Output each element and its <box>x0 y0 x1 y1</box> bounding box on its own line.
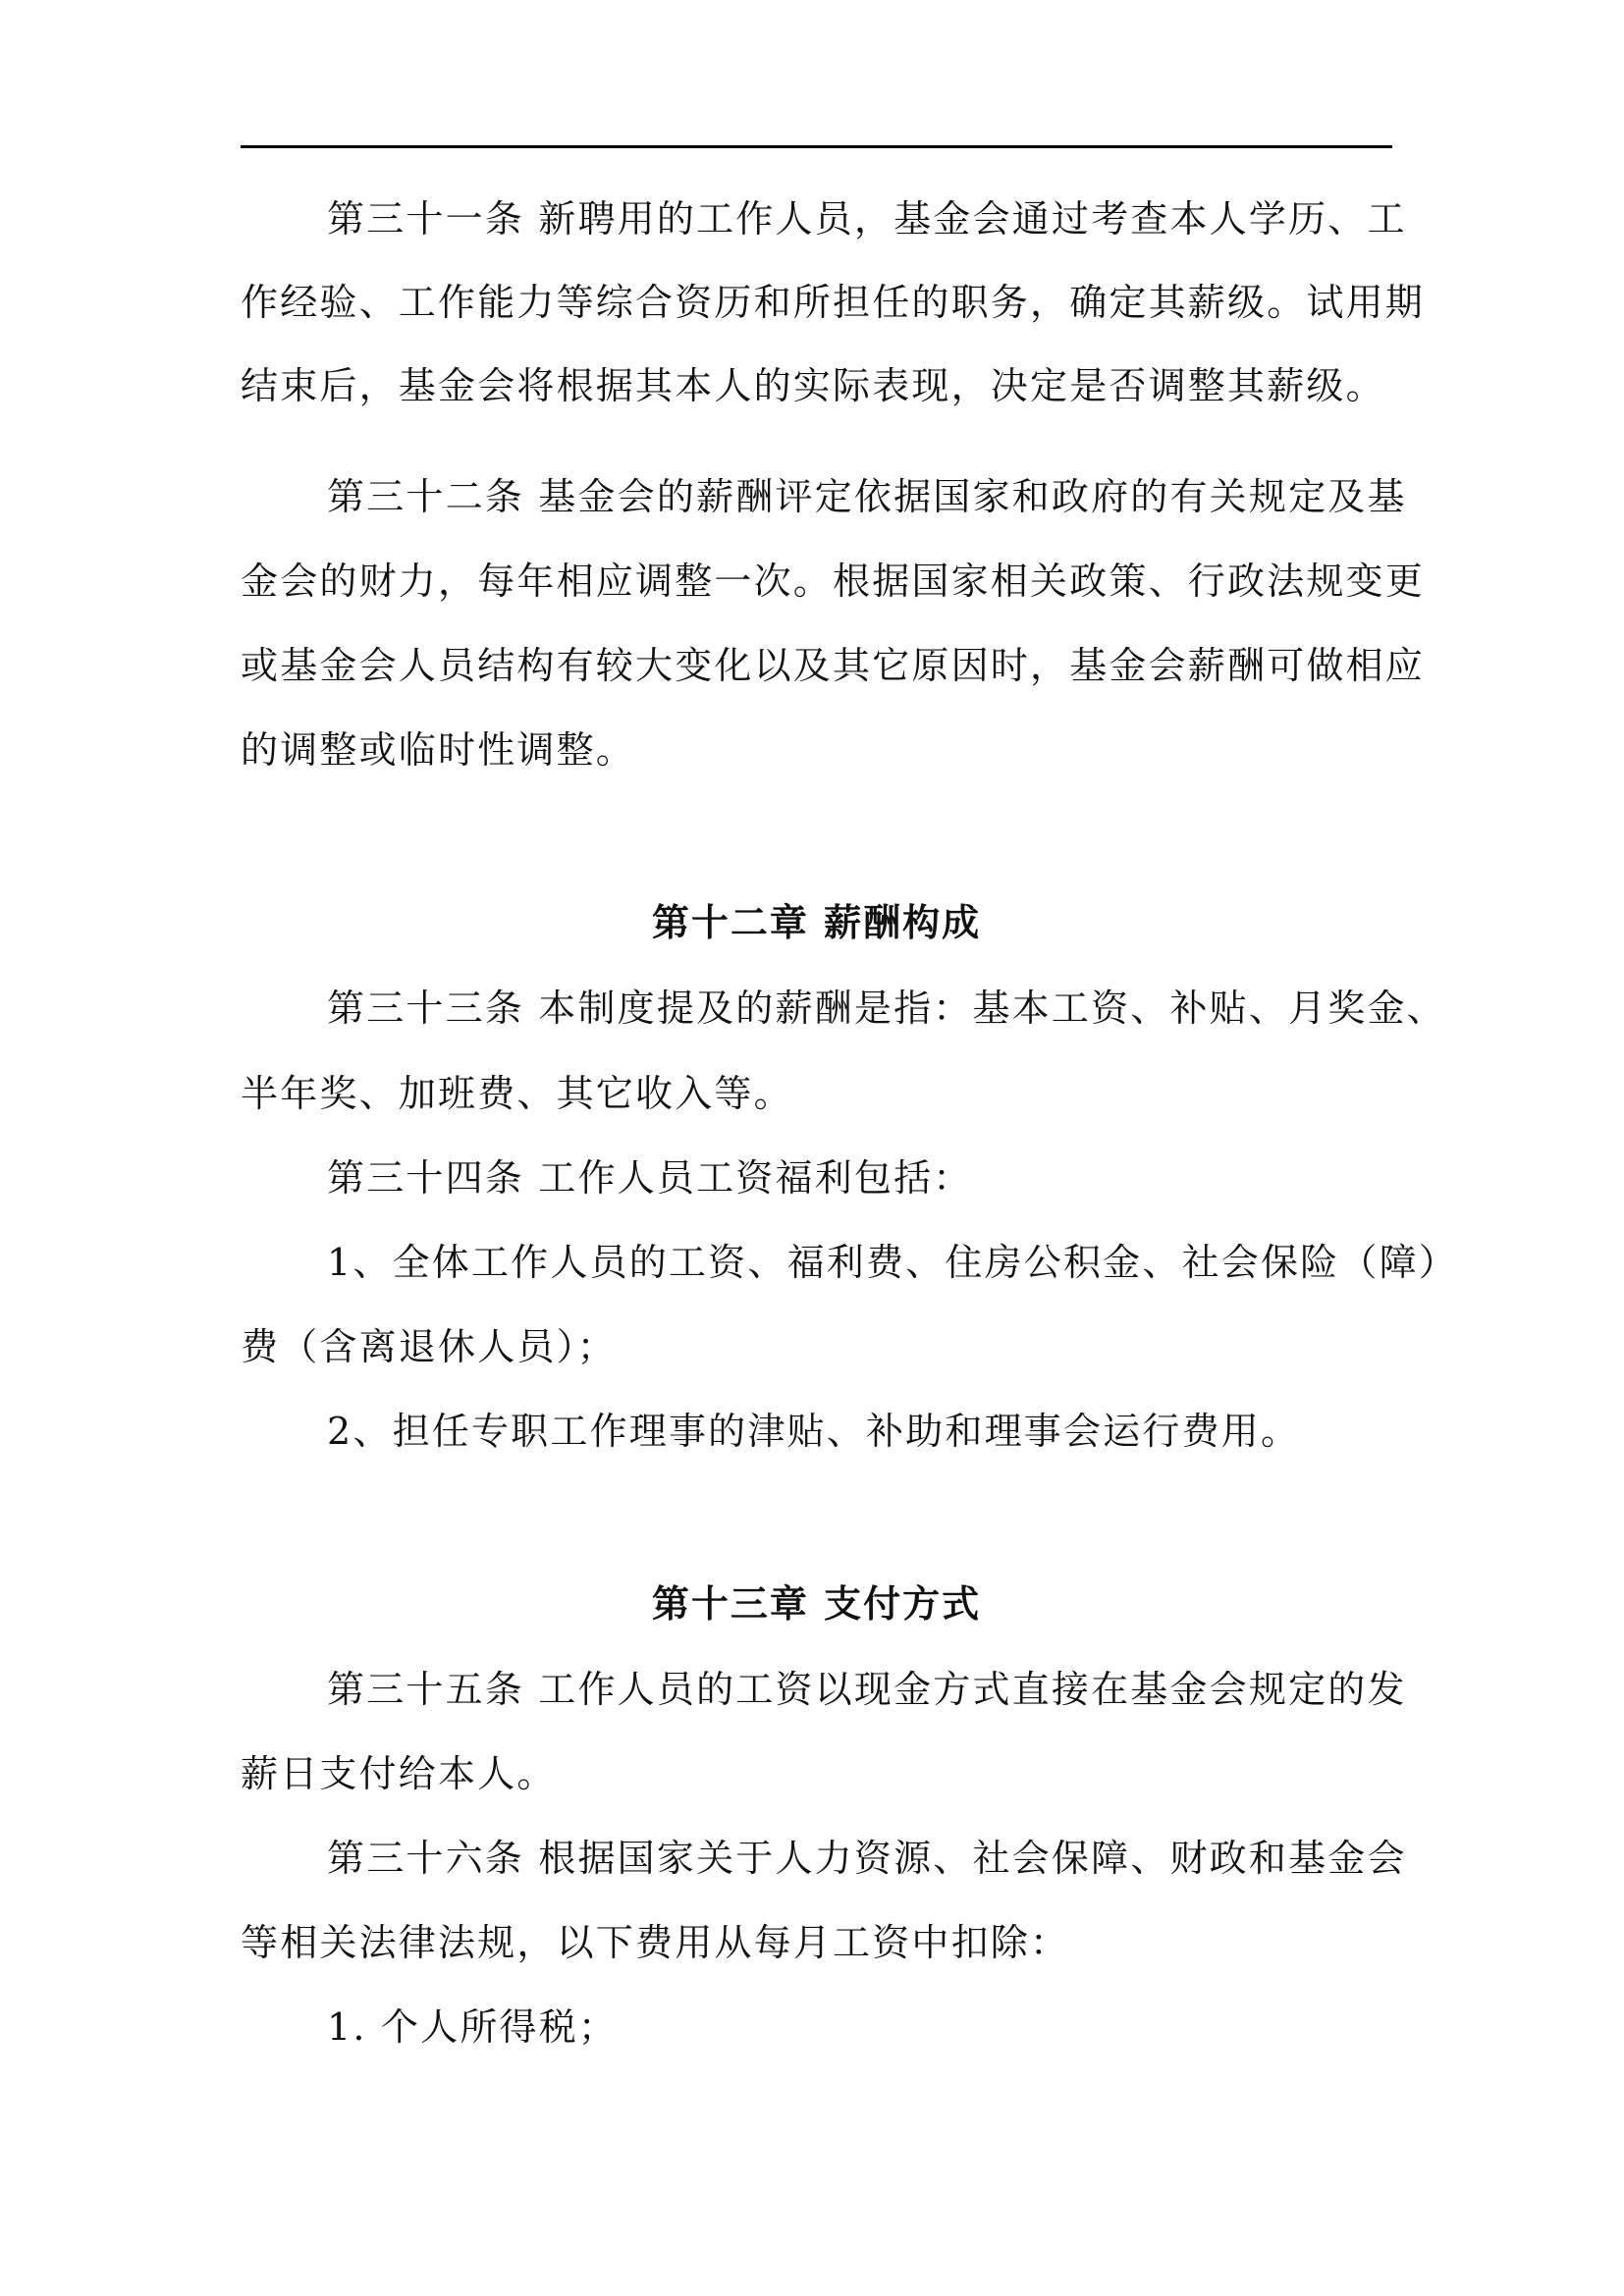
article-31-line-3: 结束后，基金会将根据其本人的实际表现，决定是否调整其薪级。 <box>241 362 1392 409</box>
chapter-12-title: 第十二章 薪酬构成 <box>241 899 1392 946</box>
article-34-item-1-line-2: 费（含离退休人员）； <box>241 1323 1392 1370</box>
article-31-line-1: 第三十一条 新聘用的工作人员，基金会通过考查本人学历、工 <box>241 195 1392 242</box>
article-35-line-1: 第三十五条 工作人员的工资以现金方式直接在基金会规定的发 <box>241 1666 1392 1713</box>
article-33-line-1: 第三十三条 本制度提及的薪酬是指：基本工资、补贴、月奖金、 <box>241 985 1392 1032</box>
article-34-item-1-line-1: 1、全体工作人员的工资、福利费、住房公积金、社会保险（障） <box>241 1239 1392 1286</box>
article-32-line-4: 的调整或临时性调整。 <box>241 726 1392 774</box>
article-36-line-1: 第三十六条 根据国家关于人力资源、社会保障、财政和基金会 <box>241 1835 1392 1882</box>
article-34-line-1: 第三十四条 工作人员工资福利包括： <box>241 1154 1392 1201</box>
article-34-item-2-line-1: 2、担任专职工作理事的津贴、补助和理事会运行费用。 <box>241 1408 1392 1455</box>
article-36-line-2: 等相关法律法规，以下费用从每月工资中扣除： <box>241 1919 1392 1966</box>
article-32-line-1: 第三十二条 基金会的薪酬评定依据国家和政府的有关规定及基 <box>241 473 1392 520</box>
chapter-13-title: 第十三章 支付方式 <box>241 1580 1392 1628</box>
article-35-line-2: 薪日支付给本人。 <box>241 1750 1392 1797</box>
article-31-line-2: 作经验、工作能力等综合资历和所担任的职务，确定其薪级。试用期 <box>241 279 1392 326</box>
article-33-line-2: 半年奖、加班费、其它收入等。 <box>241 1070 1392 1117</box>
header-rule <box>241 145 1392 148</box>
article-32-line-2: 金会的财力，每年相应调整一次。根据国家相关政策、行政法规变更 <box>241 558 1392 605</box>
article-32-line-3: 或基金会人员结构有较大变化以及其它原因时，基金会薪酬可做相应 <box>241 642 1392 689</box>
article-36-item-1: 1. 个人所得税； <box>241 2003 1392 2051</box>
